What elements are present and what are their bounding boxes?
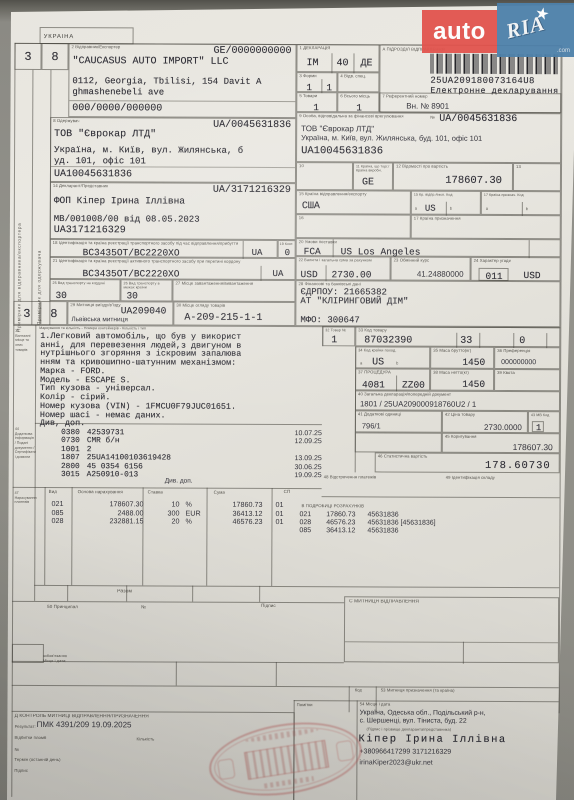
declarant-name: ФОП Кіпер Ірина Іллівна (54, 195, 185, 207)
box25-transport-mode-border: 25 Вид транспорту на кордоні 30 (49, 279, 120, 301)
box32-item-number: 32 Товар № 1 (322, 326, 355, 346)
detail-amount: 17860.73 (317, 511, 355, 519)
small-left-cell (12, 644, 44, 663)
margin-line-1 (31, 70, 33, 325)
pay-unit: % (185, 518, 191, 526)
box33-label: 33 Код товару (358, 328, 387, 333)
supp-units: 796/1 (362, 422, 381, 431)
signature-label: Підпис (14, 769, 28, 774)
box15-label: 15 Країна відправлення/експорту (299, 192, 367, 197)
box22-divider (326, 265, 327, 281)
cell-b-label: b (526, 207, 528, 212)
mid-cell-line-2 (276, 662, 277, 686)
box38-net-mass: 38 Маса нетто(кг) 1450 (430, 369, 494, 391)
box9-financial-person: 9 Особа, відповідальна за фінансові врег… (296, 112, 561, 163)
box2-divider (69, 100, 295, 102)
details-top-line (322, 496, 560, 498)
kod-cell-line (349, 686, 350, 712)
boxC-label: С МИТНИЦЯ ВІДПРАВЛЕННЯ (349, 599, 419, 605)
box30-goods-location: 30 Місце огляду товарів А-209-215-1-1 (173, 302, 295, 327)
box19-container: 19 Конт. 0 (278, 240, 296, 258)
box17-destination-country: 17 Країна призначення (411, 215, 561, 240)
box13: 13 (513, 163, 561, 191)
box20-divider1 (333, 239, 334, 257)
financial-tax-id: UA10045631836 (301, 145, 383, 158)
copy-consignee-vertical-label: Примірник для одержувача (36, 97, 42, 325)
detail-account: 45631836 (367, 511, 398, 519)
box40-previous-document: 40 Загальна декларація/попередній докуме… (355, 390, 560, 411)
invoice-currency: USD (301, 269, 318, 280)
procedure-extra: ZZ00 (402, 380, 425, 391)
stamp-left-mark (217, 758, 236, 780)
detail-kind: 021 (299, 511, 311, 519)
doc-date: 12.09.25 (286, 438, 322, 446)
box48-label: 48 Відстрочення платежів (324, 475, 377, 480)
pay-amount: 46576.23 (210, 518, 262, 527)
pay-basis-header: Основа нарахування (78, 489, 123, 494)
notes-label: Помітки (297, 703, 313, 708)
box14-label: 14 Декларант/Представник (53, 184, 108, 189)
box17a-destination-code: 17 Країна признач. Код a b (481, 191, 561, 215)
dispatch-country-code: US (425, 204, 436, 215)
place-date-small-label: Місце і дата: (43, 659, 67, 663)
box43-label: 43 МВ Код (531, 413, 557, 417)
copy-digit-box: 3 (14, 43, 41, 70)
mid-line-2 (12, 685, 559, 688)
box11-trading-country: 11 Країна, що торг./ Країна виробн. GE (353, 162, 393, 190)
box1-label: 1 ДЕКЛАРАЦІЯ (300, 46, 331, 51)
stamp-right-mark (335, 740, 354, 762)
pay-basis: 232881.15 (77, 517, 143, 526)
copy-exporter-vertical-label: Примірник для відправника/експортера (16, 87, 22, 332)
pay-vid-header: Вид (49, 489, 57, 494)
declaration-type: IM (306, 58, 318, 70)
box38-label: 38 Маса нетто(кг) (433, 371, 469, 376)
box4-loading-lists: 4 Відв. спец. (337, 72, 379, 92)
consignee-tax-id: UA10045631836 (54, 169, 132, 181)
transport-mode-border: 30 (55, 290, 66, 301)
box37-procedure: 37 ПРОЦЕДУРА 4081 ZZ00 (355, 368, 430, 390)
box45-adjustment: 45 Коригування 178607.30 (442, 433, 560, 454)
item-number: 1 (331, 335, 337, 347)
box2-label: 2 Відправник/Експортер (72, 45, 121, 50)
financial-address: Україна, м. Київ, вул. Жилянська, буд. 1… (301, 134, 482, 143)
box41-supp-units: 41 Додаткові одиниці 796/1 (355, 410, 442, 432)
deal-code-cell: 011 (479, 268, 509, 281)
boxD-label: Д КОНТРОЛЬ МИТНИЦІ ВІДПРАВЛЕННЯ/ПРИЗНАЧЕ… (15, 714, 149, 720)
box10: 10 (296, 162, 353, 190)
box29-label: 29 Митниця виїзду/в'їзду (70, 303, 120, 308)
pay-sp: 01 (275, 518, 283, 526)
box41-label: 41 Додаткові одиниці (358, 412, 401, 417)
box18-label: 18 Ідентифікація та країна реєстрації тр… (53, 241, 273, 247)
cell-a-label: a (360, 361, 362, 366)
customs-exit-code: UA209040 (121, 305, 167, 316)
principal-top-line (12, 601, 344, 603)
copy-digit: 8 (41, 307, 66, 321)
country-tag-box: УКРАЇНА (40, 27, 134, 44)
declaration-form: УКРАЇНА 3 8 Примірник (0, 0, 574, 800)
box8-label: 8 Одержувач (53, 119, 79, 124)
detail-kind: 085 (299, 527, 311, 535)
box33-div4 (546, 333, 547, 348)
box7-label: 7 Референтний номер (382, 94, 427, 99)
seal-no-label: № (14, 748, 19, 753)
box4-label: 4 Відв. спец. (340, 74, 366, 79)
box32-label: 32 Товар № (325, 328, 351, 332)
box31-side-label: 31 Вантажні місця та опис товарів (15, 329, 35, 352)
box37-divider (396, 376, 397, 392)
total-col-line1 (67, 585, 68, 601)
box33-div2 (479, 333, 480, 348)
autoria-watermark: auto ★ RIA .com (420, 3, 574, 57)
copy-digit-box: 8 (40, 301, 67, 325)
box21-transport-border: 21 Ідентифікація та країна реєстрації ак… (50, 257, 296, 280)
box22-invoice: 22 Валюта і загальна сума за рахунком US… (296, 256, 391, 280)
declarant-signature-name: Кіпер Ірина Іллівна (358, 733, 506, 746)
box29-customs-exit: 29 Митниця виїзду/в'їзду UA209040 Львівс… (67, 301, 173, 325)
invoice-amount: 2730.00 (332, 269, 372, 280)
box15a-label: 15 Кр. відпр./eксп. Код (414, 193, 474, 197)
customs-exit-name: Львівська митниця (71, 316, 128, 324)
declaration-kind: ДЕ (360, 58, 372, 70)
box26-transport-mode-inland: 26 Вид транспорту в межах країни 30 (120, 279, 172, 301)
box9-label: 9 Особа, відповідальна за фінансові врег… (299, 114, 403, 119)
autoria-auto-block: auto (422, 10, 497, 53)
mv-code-cell: 1 (532, 421, 544, 432)
box15a-divider (446, 202, 447, 216)
box54-label: 54 Місце і дата (360, 702, 391, 707)
adjustment: 178607.30 (513, 443, 553, 453)
box8-divider (51, 166, 295, 168)
box39-quota: 39 Квота (494, 369, 560, 391)
detail-amount: 46576.23 (317, 519, 355, 527)
autoria-ria-block: ★ RIA .com (497, 3, 574, 57)
dispatch-country: США (302, 201, 320, 213)
box35-gross-mass: 35 Маса брутто(кг) 1450 (430, 347, 494, 369)
autoria-ria-text: RIA (504, 13, 547, 43)
box1-divider1 (331, 53, 332, 73)
copy-digit: 3 (15, 50, 40, 64)
totals-top-line (34, 585, 559, 588)
declarant-phone: +380966417299 3171216329 (359, 748, 451, 756)
box49-label: 49 Ідентифікація складу (446, 476, 495, 481)
box7-reference: 7 Референтний номер Вн. № 8901 (379, 92, 561, 113)
box24-label: 24 Характер угоди (474, 259, 511, 264)
pay-rate: 20 (147, 518, 179, 526)
box40-label: 40 Загальна декларація/попередній докуме… (358, 392, 451, 397)
boxC-vdivider (463, 642, 464, 664)
obligation-label: зобов'язання (43, 654, 67, 658)
box34-label: 34 Код країни поход. (358, 348, 413, 353)
box18-divider (243, 241, 244, 259)
box10-label: 10 (299, 164, 304, 169)
box34-origin: 34 Код країни поход. a US b (355, 346, 430, 368)
pay-kind: 028 (51, 517, 63, 525)
pay-sp-header: СП (284, 489, 291, 494)
details-header: В ПОДРОБИЦІ РОЗРАХУНКІВ (302, 504, 365, 509)
declarant-license: МВ/001008/00 від 08.05.2023 (54, 214, 200, 225)
deal-currency: USD (524, 270, 541, 281)
box3-label: 3 Форми (299, 74, 316, 79)
preference: 000000000 (501, 359, 536, 367)
box33-div1 (456, 333, 457, 348)
term-label: Термін (останній день) (14, 758, 60, 763)
sign-note-label: (Підпис і прізвище декларанта/представни… (367, 727, 452, 732)
box42-item-price: 42 Ціна товару 2730.0000 (442, 411, 528, 433)
box16-origin-country: 16 (296, 214, 411, 239)
boxC-customs-departure: С МИТНИЦЯ ВІДПРАВЛЕННЯ (344, 596, 559, 663)
box33-hs-code: 33 Код товару 87032390 33 0 (355, 326, 560, 347)
box20-divider2 (529, 240, 530, 258)
previous-document: 1801 / 25UA209000918760U2 / 1 (360, 400, 476, 409)
detail-kind: 028 (299, 519, 311, 527)
kod-label: Код (355, 688, 362, 693)
box17-label: 17 Країна призначення (414, 217, 461, 222)
consignee-address: Україна, м. Київ, вул. Жилянська, б уд. … (54, 145, 243, 167)
consignee-code: UA/0045631836 (213, 120, 291, 132)
box37-label: 37 ПРОЦЕДУРА (358, 370, 391, 375)
declarant-email: irinaKiper2023@ukr.net (359, 759, 432, 767)
totals-label: Разом (117, 589, 132, 595)
box17a-divider (522, 202, 523, 216)
box24-deal-nature: 24 Характер угоди 011 USD (471, 257, 561, 281)
box3-divider (321, 79, 322, 93)
country-label: УКРАЇНА (44, 34, 75, 41)
signature-label: Підпис (261, 603, 276, 608)
box36-label: 36 Преференція (497, 349, 530, 354)
box21-label: 21 Ідентифікація та країна реєстрації ак… (53, 259, 291, 265)
bank-details: ЄДРПОУ: 21665382 АТ "КЛІРИНГОВИЙ ДІМ" МФ… (300, 288, 408, 326)
detail-account: 45631836 (367, 527, 398, 535)
box23-label: 23 Обмінний курс (394, 258, 430, 263)
box12-label: 12 Відомості про вартість (396, 165, 448, 170)
mid-cell-line-1 (176, 662, 177, 686)
box33-div3 (513, 333, 514, 348)
box25-label: 25 Вид транспорту на кордоні (52, 281, 114, 285)
pay-sum-header: Сума (214, 490, 225, 495)
control-result: ПМК 4391/209 19.09.2025 (37, 720, 132, 730)
doc-date: 10.07.25 (286, 430, 322, 438)
reference-number: Вн. № 8901 (406, 102, 449, 111)
box1-divider2 (353, 53, 354, 73)
stat-value: 178.60730 (485, 460, 551, 473)
box22-label: 22 Валюта і загальна сума за рахунком (299, 258, 387, 263)
box35-label: 35 Маса брутто(кг) (433, 349, 471, 354)
pay-rate-header: Ставка (148, 489, 163, 494)
form-left-line (11, 43, 15, 797)
exporter-name: "CAUCASUS AUTO IMPORT" LLC (72, 56, 228, 68)
box21-divider (261, 266, 262, 281)
box14-declarant: 14 Декларант/Представник UA/3171216329 Ф… (50, 182, 296, 240)
gross-mass: 1450 (462, 357, 485, 368)
box31-description-area: Маркування та кількість - Номери контейн… (36, 325, 322, 426)
exporter-address: 0112, Georgia, Tbilisi, 154 Davit A ghma… (72, 76, 261, 98)
doc-date: 13.09.25 (286, 455, 322, 463)
box20-delivery-terms: 20 Умови поставки FCA US Los Angeles (296, 238, 561, 257)
box45-label: 45 Коригування (445, 435, 477, 440)
box27-loading-place: 27 Місце завантаження/вивантаження (172, 280, 295, 303)
consignee-name: ТОВ "Єврокар ЛТД" (54, 129, 156, 141)
transport-mode-inland: 30 (126, 290, 137, 301)
box8-consignee: 8 Одержувач UA/0045631836 ТОВ "Єврокар Л… (50, 117, 296, 183)
payment-row: 028 232881.15 20 % 46576.23 01 (35, 517, 321, 527)
exchange-rate: 41.24880000 (417, 270, 464, 279)
autoria-com-text: .com (557, 48, 570, 54)
box11-label: 11 Країна, що торг./ Країна виробн. (356, 164, 390, 172)
copy-digit: 8 (42, 50, 67, 64)
goods-description: 1.Легковий автомобіль, що був у використ… (40, 332, 241, 429)
copy-digit-box: 8 (41, 43, 68, 70)
declaration-regime: 40 (336, 58, 348, 70)
box43-mv-code: 43 МВ Код 1 (528, 411, 560, 433)
goods-location: А-209-215-1-1 (184, 313, 262, 325)
customs-declaration-photo: УКРАЇНА 3 8 Примірник (0, 0, 574, 800)
payments-top-line (13, 487, 322, 489)
cell-b-label: b (396, 362, 398, 367)
copy-digit: 3 (14, 307, 39, 321)
box15-dispatch-country: 15 Країна відправлення/експорту США (296, 190, 411, 215)
box5-items: 5 Товари 1 (296, 92, 337, 112)
box46-label: 46 Статистична вартість (378, 454, 428, 459)
declarant-code: UA/3171216329 (213, 185, 291, 197)
detail-amount: 36413.12 (317, 527, 355, 535)
transport21-country: UA (273, 269, 284, 280)
box12-value-details: 12 Відомості про вартість 178607.30 (393, 162, 513, 191)
declarant-address: Україна, Одеська обл., Подільський р-н, … (360, 709, 486, 726)
box44-documents: 0380 42539731 10.07.25 0730 CMR б/н 12.0… (60, 427, 322, 480)
box42-label: 42 Ціна товару (445, 413, 475, 418)
box26-label: 26 Вид транспорту в межах країни (123, 281, 168, 289)
box13-label: 13 (516, 165, 521, 170)
declarant-tax-id: UA3171216329 (54, 225, 126, 237)
box20-label: 20 Умови поставки (299, 240, 337, 245)
seals-label: Відбитки пломб (15, 736, 47, 741)
box53-label: 53 Митниця призначення (та країна) (381, 688, 455, 693)
box15a-dispatch-code: 15 Кр. відпр./eксп. Код a US b (411, 191, 481, 215)
transport21-id: ВС3435ОТ/ВС2220ХО (83, 268, 180, 280)
box6-packages: 6 Всього місць 1 (337, 92, 379, 112)
box3-forms: 3 Форми 1 1 (296, 72, 337, 92)
box18-transport-departure: 18 Ідентифікація та країна реєстрації тр… (50, 239, 278, 258)
box44-side-label: 44 Додаткова інформація / Подані докумен… (15, 427, 35, 460)
box2-exporter: 2 Відправник/Експортер GE/0000000000 "CA… (68, 43, 296, 118)
box46-stat-value: 46 Статистична вартість 178.60730 (375, 452, 560, 473)
barcode-number: 25UA209180073164U8 (430, 76, 534, 87)
trading-country: GE (362, 177, 374, 189)
control-top-line (12, 711, 294, 713)
autoria-auto-text: auto (433, 20, 486, 44)
cell-a-label: a (486, 207, 488, 212)
total-col-line4 (259, 586, 260, 602)
value-details: 178607.30 (445, 175, 502, 188)
total-col-line3 (192, 586, 193, 602)
documents-note: Див. доп. (36, 477, 322, 486)
box16-label: 16 (299, 216, 304, 221)
box30-label: 30 Місце огляду товарів (176, 304, 225, 309)
box1-declaration: 1 ДЕКЛАРАЦІЯ IM 40 ДЕ (296, 44, 379, 72)
place-top-line (294, 700, 559, 702)
customs-stamp (204, 713, 367, 800)
box9-no-label: № (430, 116, 435, 121)
box47-side-label: 47 Нарахування платежів (15, 491, 35, 505)
procedure-code: 4081 (362, 379, 385, 390)
result-label: Результат: (15, 725, 36, 730)
box28-bank: 28 Фінансові та банківські дані ЄДРПОУ: … (295, 280, 560, 327)
box27-label: 27 Місце завантаження/вивантаження (175, 282, 253, 287)
item-price: 2730.0000 (484, 423, 522, 432)
box23-exchange-rate: 23 Обмінний курс 41.24880000 (391, 256, 471, 280)
box6-label: 6 Всього місць (340, 94, 370, 99)
copy-digit-box: 3 (13, 301, 40, 325)
doc-date: 30.06.25 (286, 464, 322, 472)
financial-code: UA/0045631836 (439, 114, 517, 126)
box19-label: 19 Конт. (280, 242, 294, 246)
box39-label: 39 Квота (497, 371, 515, 376)
exporter-tax-id: 000/0000/000000 (72, 103, 162, 115)
empty-cell (355, 432, 442, 452)
box50-no-label: № (141, 604, 146, 609)
net-mass: 1450 (462, 379, 485, 390)
cell-b-label: b (450, 207, 452, 212)
cell-a-label: a (415, 207, 417, 212)
box50-label: 50 Принципал (47, 604, 78, 609)
qty-label: Кількість (137, 737, 155, 742)
calc-detail-row: 085 36413.12 45631836 (299, 527, 557, 536)
boxC-divider (345, 641, 558, 643)
box36-preference: 36 Преференція 000000000 (494, 347, 560, 369)
box17a-label: 17 Країна признач. Код (484, 193, 554, 197)
box5-label: 5 Товари (299, 94, 317, 99)
